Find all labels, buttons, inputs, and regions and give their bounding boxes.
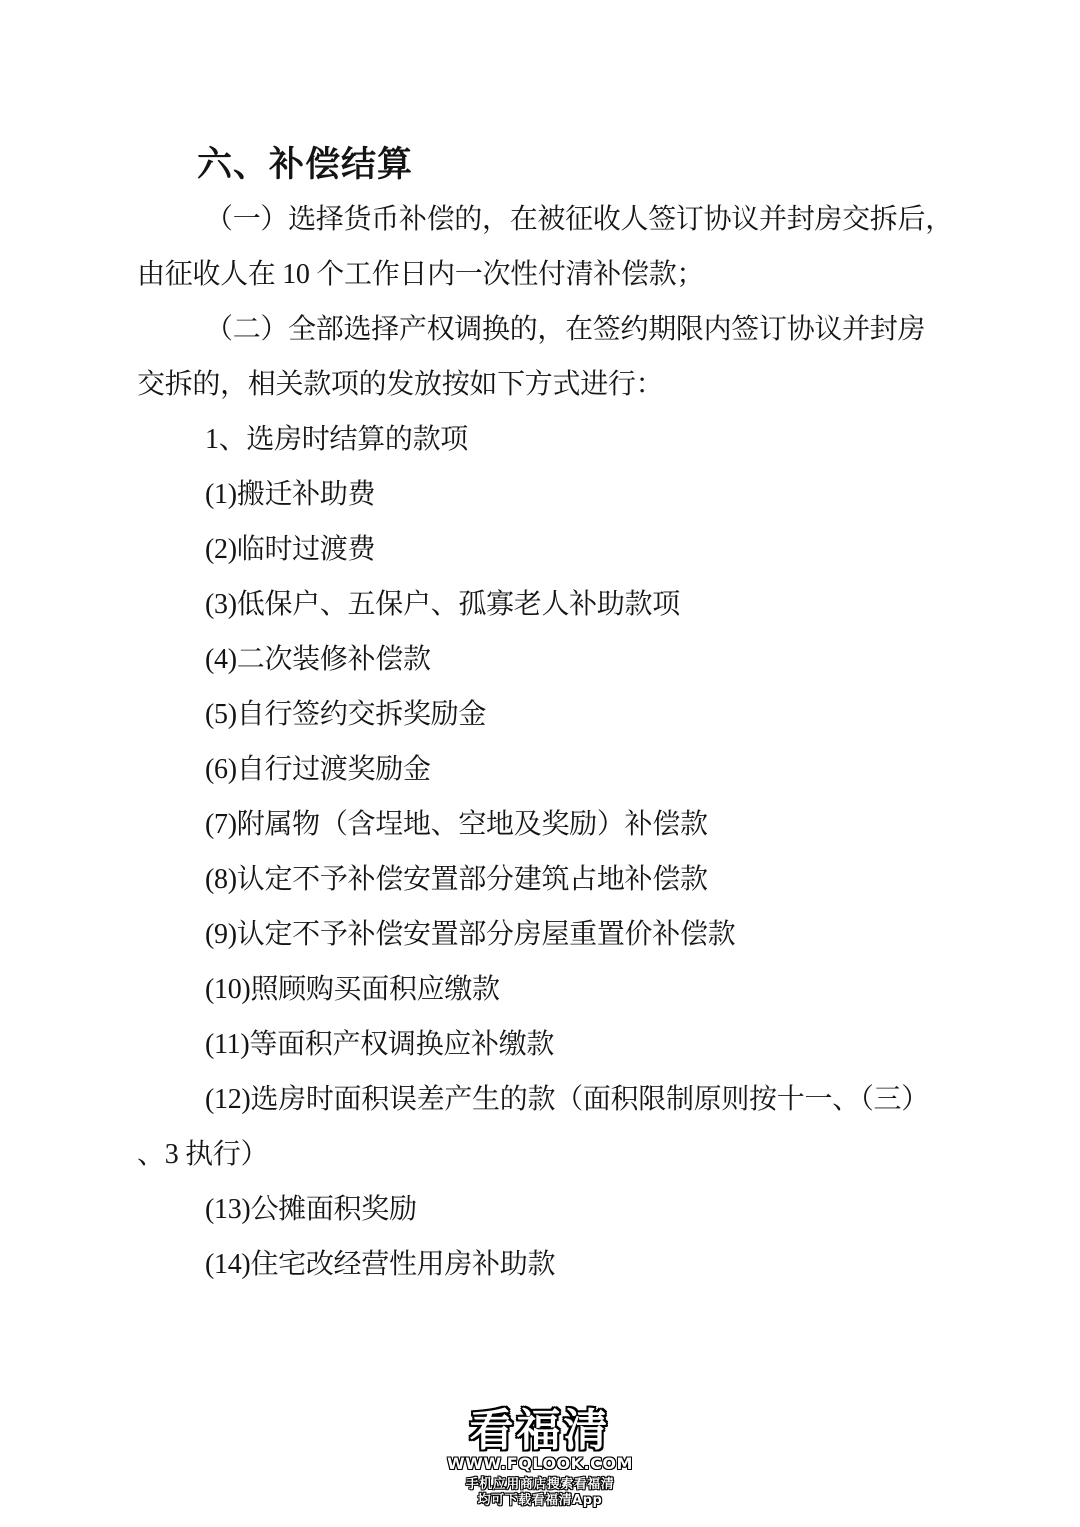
list-item-14: (14)住宅改经营性用房补助款 [137, 1237, 952, 1292]
sublist-heading: 1、选房时结算的款项 [137, 412, 952, 467]
list-item-2: (2)临时过渡费 [137, 522, 952, 577]
watermark: 看福清 WWW.FQLOOK.COM 手机应用商店搜索看福清 均可下载看福清Ap… [0, 1408, 1080, 1508]
list-item-11: (11)等面积产权调换应补缴款 [137, 1017, 952, 1072]
list-item-12-line-2: 、3 执行） [137, 1127, 952, 1182]
watermark-url-text: WWW.FQLOOK.COM [0, 1455, 1080, 1472]
paragraph-2-line-2: 交拆的，相关款项的发放按如下方式进行： [137, 357, 952, 412]
section-heading: 六、补偿结算 [137, 137, 952, 192]
paragraph-1-line-1: （一）选择货币补偿的，在被征收人签订协议并封房交拆后， [137, 192, 952, 247]
list-item-7: (7)附属物（含埕地、空地及奖励）补偿款 [137, 797, 952, 852]
list-item-5: (5)自行签约交拆奖励金 [137, 687, 952, 742]
list-item-9: (9)认定不予补偿安置部分房屋重置价补偿款 [137, 907, 952, 962]
document-page: 六、补偿结算 （一）选择货币补偿的，在被征收人签订协议并封房交拆后， 由征收人在… [0, 0, 1080, 1527]
watermark-caption-2: 均可下载看福清App [0, 1494, 1080, 1508]
list-item-4: (4)二次装修补偿款 [137, 632, 952, 687]
paragraph-2-line-1: （二）全部选择产权调换的，在签约期限内签订协议并封房 [137, 302, 952, 357]
list-item-6: (6)自行过渡奖励金 [137, 742, 952, 797]
list-item-3: (3)低保户、五保户、孤寡老人补助款项 [137, 577, 952, 632]
watermark-logo-text: 看福清 [0, 1408, 1080, 1454]
list-item-10: (10)照顾购买面积应缴款 [137, 962, 952, 1017]
list-item-1: (1)搬迁补助费 [137, 467, 952, 522]
document-body: 六、补偿结算 （一）选择货币补偿的，在被征收人签订协议并封房交拆后， 由征收人在… [137, 137, 952, 1292]
watermark-caption-1: 手机应用商店搜索看福清 [0, 1478, 1080, 1492]
list-item-12-line-1: (12)选房时面积误差产生的款（面积限制原则按十一、（三） [137, 1072, 952, 1127]
list-item-13: (13)公摊面积奖励 [137, 1182, 952, 1237]
paragraph-1-line-2: 由征收人在 10 个工作日内一次性付清补偿款； [137, 247, 952, 302]
list-item-8: (8)认定不予补偿安置部分建筑占地补偿款 [137, 852, 952, 907]
